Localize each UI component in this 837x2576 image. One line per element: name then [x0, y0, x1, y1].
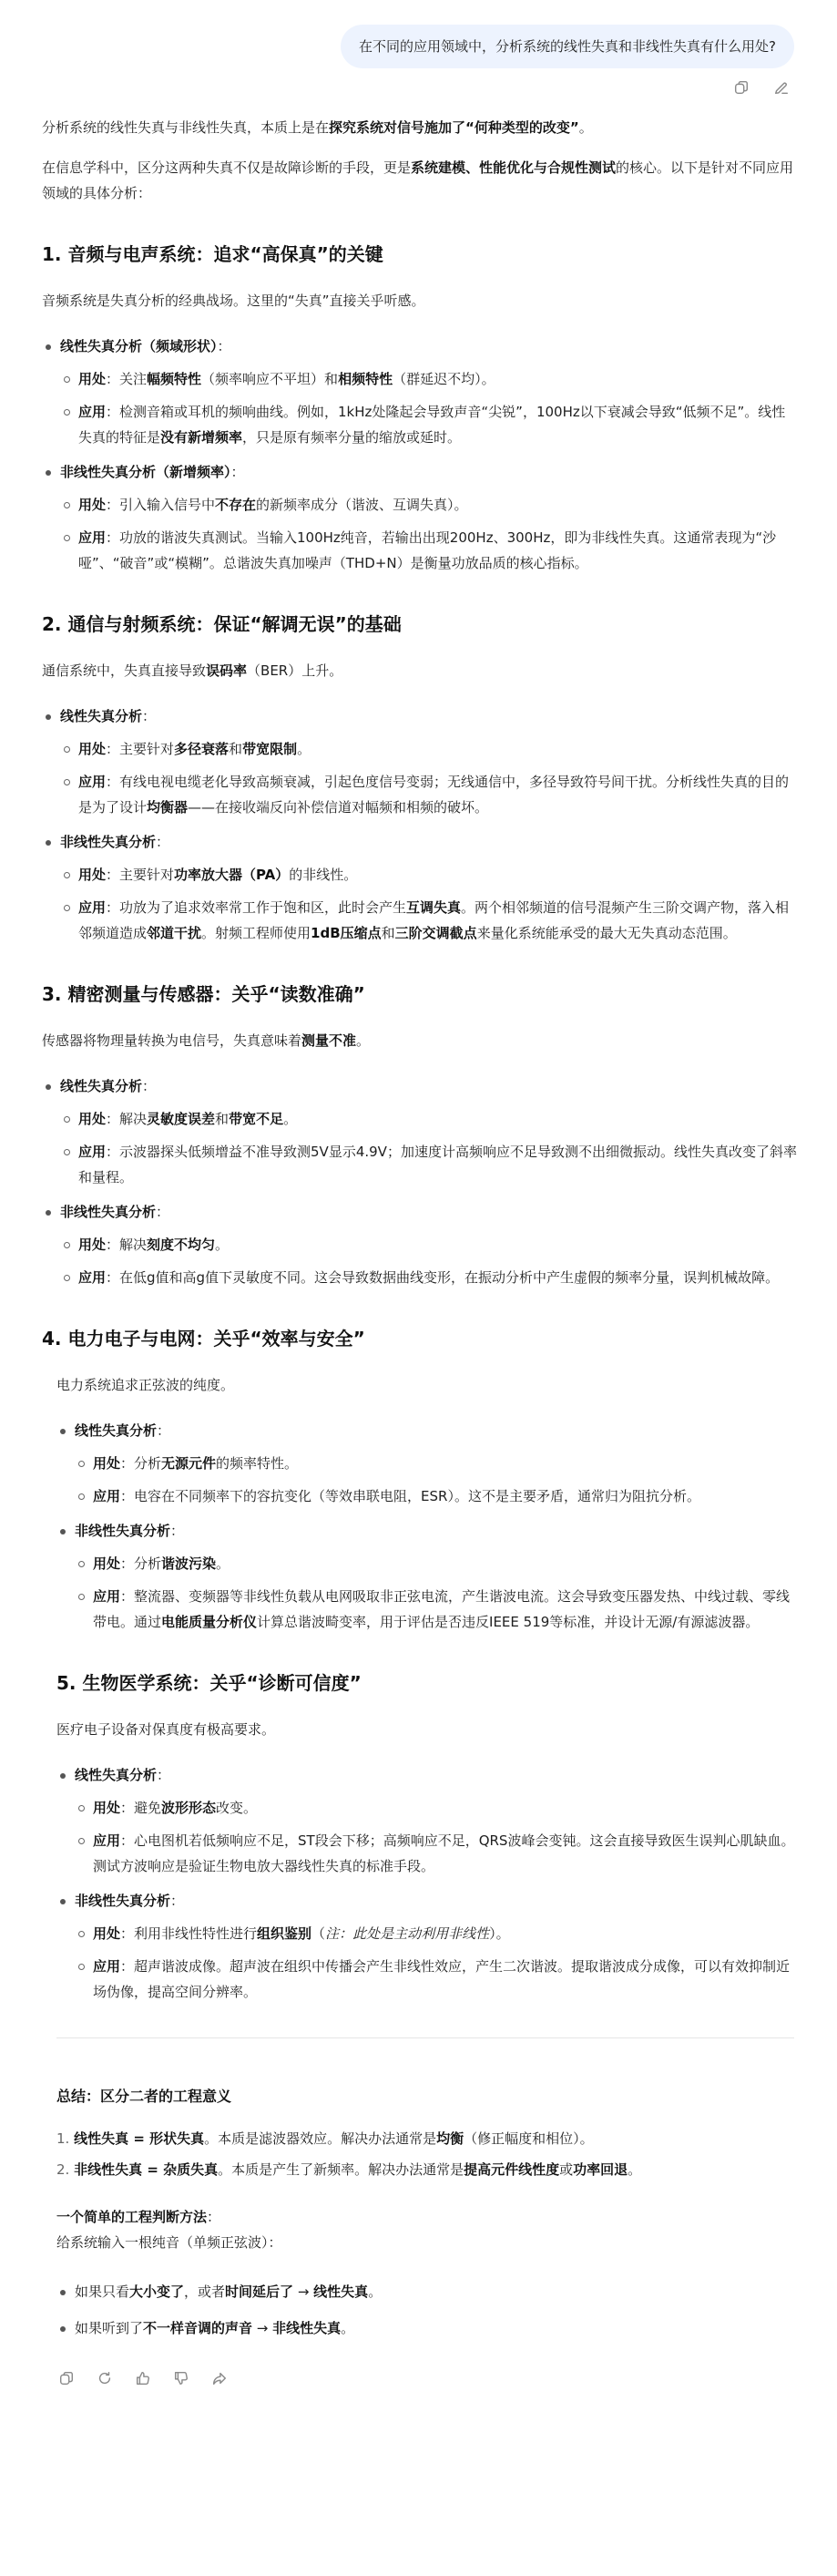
section-divider	[56, 2037, 794, 2038]
text-run: 。	[297, 741, 311, 757]
section-description: 传感器将物理量转换为电信号，失真意味着测量不准。	[42, 1028, 798, 1053]
analysis-detail-item: 用处：引入输入信号中不存在的新频率成分（谐波、互调失真）。	[60, 492, 798, 518]
intro-paragraph: 分析系统的线性失真与非线性失真，本质上是在探究系统对信号施加了“何种类型的改变”…	[42, 115, 798, 140]
analysis-detail-item: 用处：分析谐波污染。	[75, 1551, 798, 1576]
section-body: 音频系统是失真分析的经典战场。这里的“失真”直接关乎听感。线性失真分析（频域形状…	[42, 288, 798, 576]
copy-answer-button[interactable]	[56, 2368, 77, 2388]
bold-text: 邻道干扰	[147, 925, 201, 941]
analysis-group-label: 非线性失真分析：	[75, 1888, 798, 1914]
bold-text: 用处	[93, 1555, 120, 1572]
analysis-group: 非线性失真分析：用处：利用非线性特性进行组织鉴别（注：此处是主动利用非线性）。应…	[56, 1888, 798, 2005]
edit-message-button[interactable]	[771, 77, 791, 97]
text-run: ：解决	[106, 1237, 147, 1253]
analysis-list: 线性失真分析（频域形状）：用处：关注幅频特性（频率响应不平坦）和相频特性（群延迟…	[42, 334, 798, 576]
analysis-detail-list: 用处：分析谐波污染。应用：整流器、变频器等非线性负载从电网吸取非正弦电流，产生谐…	[75, 1551, 798, 1635]
bold-text: 误码率	[206, 662, 247, 679]
bold-text: 用处	[78, 867, 106, 883]
analysis-group-label: 非线性失真分析：	[60, 1199, 798, 1225]
bold-text: 线性失真分析（频域形状）	[60, 338, 218, 354]
text-run: 或	[559, 2161, 573, 2178]
thumbs-down-icon	[173, 2370, 189, 2386]
bold-text: 不存在	[215, 497, 256, 513]
bold-text: 用处	[93, 1925, 120, 1942]
user-message-bubble: 在不同的应用领域中，分析系统的线性失真和非线性失真有什么用处?	[341, 25, 794, 68]
copy-icon	[733, 79, 750, 96]
text-run: 和	[215, 1111, 229, 1127]
text-run: ：主要针对	[106, 867, 174, 883]
text-run: 的新频率成分（谐波、互调失真）。	[256, 497, 468, 513]
section-description: 医疗电子设备对保真度有极高要求。	[56, 1717, 798, 1742]
bold-text: 提高元件线性度	[464, 2161, 559, 2178]
section-heading: 3. 精密测量与传感器：关乎“读数准确”	[42, 980, 798, 1008]
analysis-detail-item: 用处：分析无源元件的频率特性。	[75, 1451, 798, 1476]
text-run: 通信系统中，失真直接导致	[42, 662, 206, 679]
analysis-detail-item: 应用：有线电视电缆老化导致高频衰减，引起色度信号变弱；无线通信中，多径导致符号间…	[60, 769, 798, 820]
bold-text: 时间延后了	[225, 2284, 293, 2300]
text-run: （修正幅度和相位）。	[464, 2130, 594, 2147]
text-run: ：功放为了追求效率常工作于饱和区，此时会产生	[106, 899, 406, 916]
refresh-icon	[97, 2370, 113, 2386]
text-run: 分析系统的线性失真与非线性失真，本质上是在	[42, 119, 329, 136]
bold-text: 均衡器	[147, 799, 188, 816]
bold-text: 应用	[78, 529, 106, 546]
analysis-list: 线性失真分析：用处：主要针对多径衰落和带宽限制。应用：有线电视电缆老化导致高频衰…	[42, 703, 798, 946]
bold-text: 波形形态	[161, 1800, 216, 1816]
analysis-detail-list: 用处：利用非线性特性进行组织鉴别（注：此处是主动利用非线性）。应用：超声谐波成像…	[75, 1921, 798, 2005]
text-run: →	[252, 2320, 272, 2336]
bold-text: 用处	[78, 741, 106, 757]
bold-text: 应用	[93, 1832, 120, 1849]
bold-text: 线性失真	[313, 2284, 368, 2300]
bold-text: 均衡	[436, 2130, 464, 2147]
text-run: 的非线性。	[289, 867, 357, 883]
text-run: ：	[157, 1767, 170, 1783]
analysis-detail-item: 用处：主要针对多径衰落和带宽限制。	[60, 736, 798, 762]
summary-title: 总结：区分二者的工程意义	[56, 2084, 798, 2109]
answer-actions	[42, 2368, 798, 2388]
analysis-list: 线性失真分析：用处：避免波形形态改变。应用：心电图机若低频响应不足，ST段会下移…	[56, 1762, 798, 2005]
text-run: ：在低g值和高g值下灵敏度不同。这会导致数据曲线变形，在振动分析中产生虚假的频率…	[106, 1269, 779, 1286]
text-run: ：分析	[120, 1555, 161, 1572]
bold-text: 线性失真分析	[75, 1767, 157, 1783]
list-number: 1.	[56, 2130, 69, 2147]
text-run: 。	[215, 1237, 229, 1253]
analysis-list: 线性失真分析：用处：分析无源元件的频率特性。应用：电容在不同频率下的容抗变化（等…	[56, 1418, 798, 1635]
bold-text: 应用	[93, 1488, 120, 1504]
analysis-group: 线性失真分析：用处：主要针对多径衰落和带宽限制。应用：有线电视电缆老化导致高频衰…	[42, 703, 798, 820]
text-run: （	[311, 1925, 325, 1942]
user-message: 在不同的应用领域中，分析系统的线性失真和非线性失真有什么用处?	[341, 25, 794, 68]
bold-text: 测量不准	[301, 1032, 356, 1049]
text-run: ：	[156, 1204, 169, 1220]
text-run: ：	[157, 1422, 170, 1439]
bold-text: 线性失真 = 形状失真	[74, 2130, 204, 2147]
analysis-detail-item: 应用：功放为了追求效率常工作于饱和区，此时会产生互调失真。两个相邻频道的信号混频…	[60, 895, 798, 946]
method-description: 给系统输入一根纯音（单频正弦波）：	[56, 2230, 798, 2255]
text-run: 电力系统追求正弦波的纯度。	[56, 1377, 234, 1393]
text-run: ，或者	[184, 2284, 225, 2300]
bold-text: 应用	[78, 404, 106, 420]
analysis-detail-item: 应用：示波器探头低频增益不准导致测5V显示4.9V；加速度计高频响应不足导致测不…	[60, 1139, 798, 1190]
thumbs-up-icon	[135, 2370, 151, 2386]
text-run: ：	[142, 1078, 156, 1094]
bold-text: 系统建模、性能优化与合规性测试	[411, 159, 616, 176]
text-run: ：	[231, 464, 245, 480]
text-run: 来量化系统能承受的最大无失真动态范围。	[477, 925, 737, 941]
bold-text: 多径衰落	[174, 741, 229, 757]
bold-text: 非线性失真分析	[60, 834, 156, 850]
analysis-detail-item: 用处：解决灵敏度误差和带宽不足。	[60, 1106, 798, 1132]
bold-text: 组织鉴别	[257, 1925, 311, 1942]
bold-text: 电能质量分析仪	[161, 1614, 257, 1630]
text-run: 和	[229, 741, 242, 757]
list-number: 2.	[56, 2161, 69, 2178]
text-run: ：心电图机若低频响应不足，ST段会下移；高频响应不足，QRS波峰会变钝。这会直接…	[93, 1832, 794, 1874]
analysis-group-label: 线性失真分析：	[60, 703, 798, 729]
text-run: （群延迟不均）。	[393, 371, 495, 387]
italic-text: 注：此处是主动利用非线性	[325, 1925, 489, 1942]
summary-point-content: 非线性失真 = 杂质失真。本质是产生了新频率。解决办法通常是提高元件线性度或功率…	[74, 2161, 641, 2178]
text-run: （频率响应不平坦）和	[201, 371, 338, 387]
summary-list: 1. 线性失真 = 形状失真。本质是滤波器效应。解决办法通常是均衡（修正幅度和相…	[56, 2126, 798, 2182]
analysis-group-label: 非线性失真分析：	[75, 1518, 798, 1544]
analysis-group: 线性失真分析（频域形状）：用处：关注幅频特性（频率响应不平坦）和相频特性（群延迟…	[42, 334, 798, 450]
bold-text: 应用	[78, 774, 106, 790]
section-description: 音频系统是失真分析的经典战场。这里的“失真”直接关乎听感。	[42, 288, 798, 313]
text-run: ：解决	[106, 1111, 147, 1127]
copy-message-button[interactable]	[731, 77, 751, 97]
bold-text: 相频特性	[338, 371, 393, 387]
section-body: 通信系统中，失真直接导致误码率（BER）上升。线性失真分析：用处：主要针对多径衰…	[42, 658, 798, 946]
share-button[interactable]	[209, 2368, 230, 2388]
text-run: ）。	[489, 1925, 510, 1942]
bold-text: 带宽限制	[242, 741, 297, 757]
bold-text: 功率放大器（PA）	[174, 867, 289, 883]
method-item: 如果只看大小变了，或者时间延后了 → 线性失真。	[56, 2279, 798, 2304]
text-run: 的频率特性。	[216, 1455, 298, 1472]
bold-text: 线性失真分析	[60, 708, 142, 724]
text-run: ：	[142, 708, 156, 724]
method-item: 如果听到了不一样音调的声音 → 非线性失真。	[56, 2315, 798, 2341]
analysis-detail-item: 用处：主要针对功率放大器（PA）的非线性。	[60, 862, 798, 888]
bold-text: 用处	[93, 1800, 120, 1816]
bold-text: 用处	[78, 371, 106, 387]
text-run: 。	[368, 2284, 382, 2300]
copy-icon	[58, 2370, 75, 2386]
text-run: ：示波器探头低频增益不准导致测5V显示4.9V；加速度计高频响应不足导致测不出细…	[78, 1144, 797, 1185]
assistant-answer: 分析系统的线性失真与非线性失真，本质上是在探究系统对信号施加了“何种类型的改变”…	[42, 115, 798, 2388]
text-run: 传感器将物理量转换为电信号，失真意味着	[42, 1032, 301, 1049]
text-run: ：避免	[120, 1800, 161, 1816]
text-run: ：关注	[106, 371, 147, 387]
text-run: 计算总谐波畸变率，用于评估是否违反IEEE 519等标准，并设计无源/有源滤波器…	[257, 1614, 759, 1630]
text-run: 音频系统是失真分析的经典战场。这里的“失真”直接关乎听感。	[42, 292, 425, 309]
text-run: ：主要针对	[106, 741, 174, 757]
bold-text: 非线性失真分析	[60, 1204, 156, 1220]
section-description: 电力系统追求正弦波的纯度。	[56, 1372, 798, 1398]
text-run: ：	[156, 834, 169, 850]
section-heading: 4. 电力电子与电网：关乎“效率与安全”	[42, 1325, 798, 1352]
analysis-detail-item: 应用：超声谐波成像。超声波在组织中传播会产生非线性效应，产生二次谐波。提取谐波成…	[75, 1954, 798, 2005]
bold-text: 谐波污染	[161, 1555, 216, 1572]
text-run: ，只是原有频率分量的缩放或延时。	[242, 429, 461, 446]
analysis-detail-list: 用处：主要针对功率放大器（PA）的非线性。应用：功放为了追求效率常工作于饱和区，…	[60, 862, 798, 946]
analysis-group: 线性失真分析：用处：解决灵敏度误差和带宽不足。应用：示波器探头低频增益不准导致测…	[42, 1073, 798, 1190]
analysis-detail-list: 用处：避免波形形态改变。应用：心电图机若低频响应不足，ST段会下移；高频响应不足…	[75, 1795, 798, 1879]
intro-paragraph: 在信息学科中，区分这两种失真不仅是故障诊断的手段，更是系统建模、性能优化与合规性…	[42, 155, 798, 206]
bold-text: 应用	[93, 1958, 120, 1975]
text-run: 。射频工程师使用	[201, 925, 311, 941]
analysis-detail-list: 用处：解决刻度不均匀。应用：在低g值和高g值下灵敏度不同。这会导致数据曲线变形，…	[60, 1232, 798, 1290]
bold-text: 无源元件	[161, 1455, 216, 1472]
analysis-detail-list: 用处：主要针对多径衰落和带宽限制。应用：有线电视电缆老化导致高频衰减，引起色度信…	[60, 736, 798, 820]
text-run: 。	[579, 119, 593, 136]
section-body: 医疗电子设备对保真度有极高要求。线性失真分析：用处：避免波形形态改变。应用：心电…	[42, 1717, 798, 2005]
text-run: ：利用非线性特性进行	[120, 1925, 257, 1942]
bold-text: 没有新增频率	[160, 429, 242, 446]
analysis-group: 非线性失真分析：用处：分析谐波污染。应用：整流器、变频器等非线性负载从电网吸取非…	[56, 1518, 798, 1635]
analysis-detail-item: 应用：检测音箱或耳机的频响曲线。例如，1kHz处隆起会导致声音“尖锐”，100H…	[60, 399, 798, 450]
summary-point: 1. 线性失真 = 形状失真。本质是滤波器效应。解决办法通常是均衡（修正幅度和相…	[56, 2126, 798, 2151]
bold-text: 三阶交调截点	[395, 925, 477, 941]
analysis-detail-item: 用处：关注幅频特性（频率响应不平坦）和相频特性（群延迟不均）。	[60, 366, 798, 392]
section-body: 传感器将物理量转换为电信号，失真意味着测量不准。线性失真分析：用处：解决灵敏度误…	[42, 1028, 798, 1290]
bold-text: 线性失真分析	[60, 1078, 142, 1094]
method-title: 一个简单的工程判断方法：	[56, 2204, 798, 2230]
bold-text: 用处	[78, 1237, 106, 1253]
section-heading: 5. 生物医学系统：关乎“诊断可信度”	[42, 1669, 798, 1697]
text-run: ——在接收端反向补偿信道对幅频和相频的破坏。	[188, 799, 488, 816]
analysis-group-label: 线性失真分析：	[75, 1762, 798, 1788]
bold-text: 互调失真	[406, 899, 461, 916]
text-run: （BER）上升。	[247, 662, 342, 679]
analysis-group: 线性失真分析：用处：避免波形形态改变。应用：心电图机若低频响应不足，ST段会下移…	[56, 1762, 798, 1879]
bold-text: 1dB压缩点	[311, 925, 382, 941]
section-heading: 2. 通信与射频系统：保证“解调无误”的基础	[42, 611, 798, 638]
text-run: ：引入输入信号中	[106, 497, 215, 513]
text-run: 医疗电子设备对保真度有极高要求。	[56, 1721, 275, 1738]
bold-text: 带宽不足	[229, 1111, 283, 1127]
dislike-button[interactable]	[171, 2368, 191, 2388]
bold-text: 非线性失真分析（新增频率）	[60, 464, 231, 480]
bold-text: 灵敏度误差	[147, 1111, 215, 1127]
bold-text: 应用	[78, 899, 106, 916]
bold-text: 应用	[78, 1144, 106, 1160]
like-button[interactable]	[133, 2368, 153, 2388]
text-run: ：	[218, 338, 231, 354]
text-run: 。	[356, 1032, 370, 1049]
analysis-group: 非线性失真分析：用处：解决刻度不均匀。应用：在低g值和高g值下灵敏度不同。这会导…	[42, 1199, 798, 1290]
text-run: 。	[216, 1555, 230, 1572]
analysis-detail-item: 用处：解决刻度不均匀。	[60, 1232, 798, 1257]
text-run: ：	[170, 1523, 184, 1539]
analysis-detail-item: 应用：在低g值和高g值下灵敏度不同。这会导致数据曲线变形，在振动分析中产生虚假的…	[60, 1265, 798, 1290]
pencil-icon	[773, 79, 790, 96]
analysis-group: 非线性失真分析：用处：主要针对功率放大器（PA）的非线性。应用：功放为了追求效率…	[42, 829, 798, 946]
user-message-actions	[731, 77, 791, 97]
bold-text: 功率回退	[573, 2161, 628, 2178]
text-run: 。	[341, 2320, 354, 2336]
analysis-detail-list: 用处：引入输入信号中不存在的新频率成分（谐波、互调失真）。应用：功放的谐波失真测…	[60, 492, 798, 576]
analysis-detail-list: 用处：分析无源元件的频率特性。应用：电容在不同频率下的容抗变化（等效串联电阻，E…	[75, 1451, 798, 1509]
text-run: ：功放的谐波失真测试。当输入100Hz纯音，若输出出现200Hz、300Hz，即…	[78, 529, 776, 571]
summary-point-content: 线性失真 = 形状失真。本质是滤波器效应。解决办法通常是均衡（修正幅度和相位）。	[74, 2130, 594, 2147]
text-run: 如果听到了	[75, 2320, 143, 2336]
answer-sections: 1. 音频与电声系统：追求“高保真”的关键音频系统是失真分析的经典战场。这里的“…	[42, 241, 798, 2005]
bold-text: 不一样音调的声音	[143, 2320, 252, 2336]
method-title-text: 一个简单的工程判断方法	[56, 2209, 207, 2225]
bold-text: 刻度不均匀	[147, 1237, 215, 1253]
text-run: 在信息学科中，区分这两种失真不仅是故障诊断的手段，更是	[42, 159, 411, 176]
text-run: ：电容在不同频率下的容抗变化（等效串联电阻，ESR）。这不是主要矛盾，通常归为阻…	[120, 1488, 700, 1504]
text-run: 和	[382, 925, 395, 941]
method-title-colon: ：	[207, 2209, 220, 2225]
analysis-detail-item: 应用：整流器、变频器等非线性负载从电网吸取非正弦电流，产生谐波电流。这会导致变压…	[75, 1584, 798, 1635]
bold-text: 探究系统对信号施加了“何种类型的改变”	[329, 119, 579, 136]
bold-text: 非线性失真分析	[75, 1523, 170, 1539]
analysis-detail-list: 用处：关注幅频特性（频率响应不平坦）和相频特性（群延迟不均）。应用：检测音箱或耳…	[60, 366, 798, 450]
answer-intro: 分析系统的线性失真与非线性失真，本质上是在探究系统对信号施加了“何种类型的改变”…	[42, 115, 798, 206]
section-heading: 1. 音频与电声系统：追求“高保真”的关键	[42, 241, 798, 268]
bold-text: 幅频特性	[147, 371, 201, 387]
bold-text: 线性失真分析	[75, 1422, 157, 1439]
regenerate-button[interactable]	[95, 2368, 115, 2388]
text-run: 。	[628, 2161, 641, 2178]
analysis-detail-item: 应用：功放的谐波失真测试。当输入100Hz纯音，若输出出现200Hz、300Hz…	[60, 525, 798, 576]
bold-text: 应用	[78, 1269, 106, 1286]
text-run: ：超声谐波成像。超声波在组织中传播会产生非线性效应，产生二次谐波。提取谐波成分成…	[93, 1958, 790, 2000]
summary-point: 2. 非线性失真 = 杂质失真。本质是产生了新频率。解决办法通常是提高元件线性度…	[56, 2157, 798, 2182]
analysis-detail-list: 用处：解决灵敏度误差和带宽不足。应用：示波器探头低频增益不准导致测5V显示4.9…	[60, 1106, 798, 1190]
analysis-list: 线性失真分析：用处：解决灵敏度误差和带宽不足。应用：示波器探头低频增益不准导致测…	[42, 1073, 798, 1290]
text-run: 。本质是产生了新频率。解决办法通常是	[218, 2161, 464, 2178]
bold-text: 非线性失真 = 杂质失真	[74, 2161, 218, 2178]
text-run: ：	[170, 1893, 184, 1909]
text-run: →	[293, 2284, 313, 2300]
analysis-group-label: 非线性失真分析（新增频率）：	[60, 459, 798, 485]
bold-text: 大小变了	[129, 2284, 184, 2300]
analysis-detail-item: 应用：心电图机若低频响应不足，ST段会下移；高频响应不足，QRS波峰会变钝。这会…	[75, 1828, 798, 1879]
analysis-group-label: 线性失真分析（频域形状）：	[60, 334, 798, 359]
bold-text: 用处	[78, 497, 106, 513]
analysis-group-label: 非线性失真分析：	[60, 829, 798, 855]
share-icon	[211, 2370, 228, 2386]
bold-text: 用处	[78, 1111, 106, 1127]
bold-text: 应用	[93, 1588, 120, 1605]
text-run: 改变。	[216, 1800, 257, 1816]
text-run: ：分析	[120, 1455, 161, 1472]
text-run: 如果只看	[75, 2284, 129, 2300]
bold-text: 非线性失真分析	[75, 1893, 170, 1909]
bold-text: 用处	[93, 1455, 120, 1472]
analysis-detail-item: 应用：电容在不同频率下的容抗变化（等效串联电阻，ESR）。这不是主要矛盾，通常归…	[75, 1483, 798, 1509]
bold-text: 非线性失真	[272, 2320, 341, 2336]
analysis-group: 线性失真分析：用处：分析无源元件的频率特性。应用：电容在不同频率下的容抗变化（等…	[56, 1418, 798, 1509]
analysis-detail-item: 用处：避免波形形态改变。	[75, 1795, 798, 1821]
section-body: 电力系统追求正弦波的纯度。线性失真分析：用处：分析无源元件的频率特性。应用：电容…	[42, 1372, 798, 1635]
analysis-group-label: 线性失真分析：	[75, 1418, 798, 1443]
summary-section: 总结：区分二者的工程意义 1. 线性失真 = 形状失真。本质是滤波器效应。解决办…	[42, 2084, 798, 2341]
analysis-group-label: 线性失真分析：	[60, 1073, 798, 1099]
analysis-group: 非线性失真分析（新增频率）：用处：引入输入信号中不存在的新频率成分（谐波、互调失…	[42, 459, 798, 576]
method-list: 如果只看大小变了，或者时间延后了 → 线性失真。如果听到了不一样音调的声音 → …	[56, 2279, 798, 2341]
analysis-detail-item: 用处：利用非线性特性进行组织鉴别（注：此处是主动利用非线性）。	[75, 1921, 798, 1946]
text-run: 。本质是滤波器效应。解决办法通常是	[204, 2130, 436, 2147]
section-description: 通信系统中，失真直接导致误码率（BER）上升。	[42, 658, 798, 683]
text-run: 。	[283, 1111, 297, 1127]
